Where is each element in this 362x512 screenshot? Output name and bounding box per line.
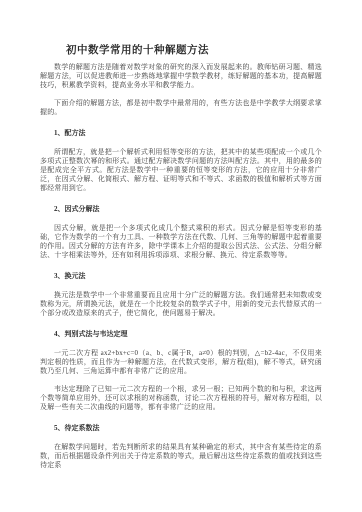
section-paragraph: 韦达定理除了已知一元二次方程的一个根，求另一根；已知两个数的和与积，求这两个数等… <box>40 385 322 412</box>
section-heading-yinshifenjiefa: 2、因式分解法 <box>40 205 322 214</box>
document-page: 初中数学常用的十种解题方法 数学的解题方法是随着对数学对象的研究的深入而发展起来… <box>0 0 362 512</box>
section-paragraph: 换元法是数学中一个非常重要而且应用十分广泛的解题方法。我们通常把未知数或变数称为… <box>40 291 322 318</box>
section-paragraph: 一元二次方程 ax2+bx+c=0（a、b、c属于R，a≠0）根的判别，△=b2… <box>40 349 322 376</box>
section-paragraph: 在解数学问题时，若先判断所求的结果具有某种确定的形式，其中含有某些待定的系数，而… <box>40 443 322 470</box>
intro-paragraph-2: 下面介绍的解题方法，都是初中数学中最常用的，有些方法也是中学教学大纲要求掌握的。 <box>40 99 322 117</box>
intro-paragraph-1: 数学的解题方法是随着对数学对象的研究的深入而发展起来的。教师钻研习题、精选解题方… <box>40 63 322 90</box>
section-heading-peifangfa: 1、配方法 <box>40 129 322 138</box>
section-heading-daidingxishufa: 5、待定系数法 <box>40 424 322 433</box>
page-title: 初中数学常用的十种解题方法 <box>66 44 322 58</box>
section-paragraph: 因式分解，就是把一个多项式化成几个整式乘积的形式。因式分解是恒等变形的基础，它作… <box>40 224 322 260</box>
section-heading-panbieshifa: 4、判别式法与韦达定理 <box>40 330 322 339</box>
section-heading-huanyuanfa: 3、换元法 <box>40 272 322 281</box>
section-paragraph: 所谓配方，就是把一个解析式利用恒等变形的方法，把其中的某些项配成一个或几个多项式… <box>40 148 322 193</box>
